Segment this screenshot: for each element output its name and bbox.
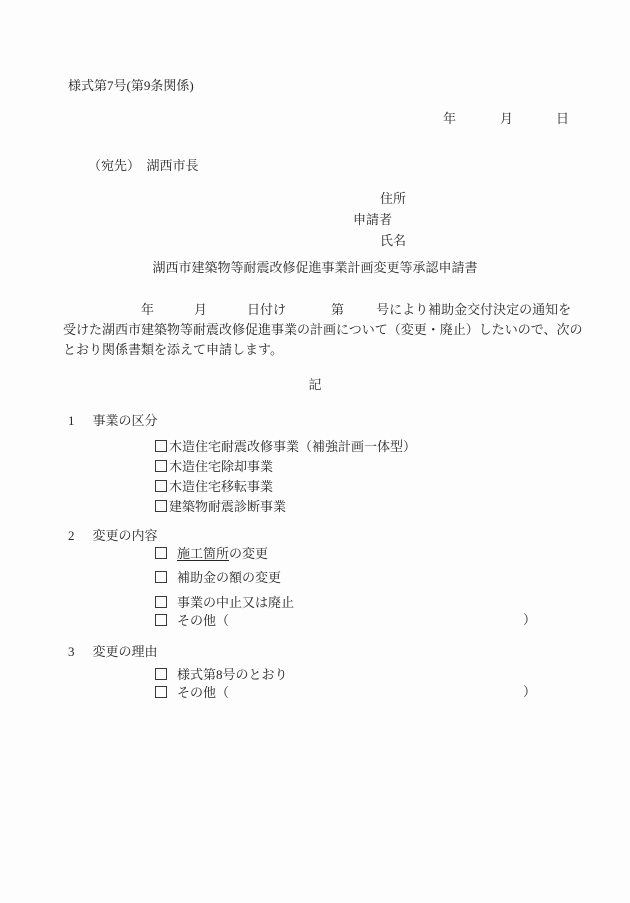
list-item: 木造住宅移転事業: [155, 479, 273, 493]
checkbox-wooden-demolition[interactable]: [155, 460, 167, 472]
list-item: 補助金の額の変更: [155, 570, 281, 584]
section-1-number: 1: [68, 413, 75, 428]
checkbox-construction-site-change[interactable]: [155, 547, 167, 559]
section-2-title: 変更の内容: [93, 528, 158, 543]
record-mark: 記: [0, 378, 630, 391]
date-day-label: 日: [556, 112, 569, 125]
list-item: 木造住宅除却事業: [155, 459, 273, 473]
checkbox-other-reason[interactable]: [155, 686, 167, 698]
checkbox-label: その他（: [177, 613, 229, 628]
checkbox-label: の変更: [229, 546, 268, 561]
section-2-heading: 2変更の内容: [68, 529, 158, 542]
date-year-label: 年: [443, 112, 456, 125]
other-reason-paren-close: ）: [523, 685, 536, 698]
body-date-suffix: 日付け: [247, 303, 286, 316]
checkbox-label: 様式第8号のとおり: [177, 667, 288, 682]
checkbox-label: 木造住宅移転事業: [169, 479, 273, 494]
list-item: その他（: [155, 685, 229, 699]
checkbox-label: 建築物耐震診断事業: [169, 499, 286, 514]
checkbox-label: 木造住宅除却事業: [169, 459, 273, 474]
list-item: 様式第8号のとおり: [155, 667, 288, 681]
section-2-number: 2: [68, 528, 75, 543]
checkbox-building-diagnosis[interactable]: [155, 500, 167, 512]
checkbox-label-underlined: 施工箇所: [177, 546, 229, 561]
section-3-heading: 3変更の理由: [68, 645, 158, 658]
other-content-paren-close: ）: [523, 613, 536, 626]
checkbox-other-content[interactable]: [155, 614, 167, 626]
section-3-title: 変更の理由: [93, 644, 158, 659]
applicant-label: 申請者: [353, 213, 392, 226]
body-line-3: とおり関係書類を添えて申請します。: [63, 343, 283, 356]
body-number-prefix: 第: [331, 303, 344, 316]
list-item: その他（: [155, 613, 229, 627]
checkbox-label: 補助金の額の変更: [177, 570, 281, 585]
section-3-number: 3: [68, 644, 75, 659]
list-item: 事業の中止又は廃止: [155, 595, 294, 609]
body-month-label: 月: [194, 303, 207, 316]
form-number: 様式第7号(第9条関係): [68, 79, 194, 92]
checkbox-wooden-relocation[interactable]: [155, 480, 167, 492]
applicant-address-label: 住所: [380, 192, 406, 205]
body-line-1: 年 月 日付け 第 号により補助金交付決定の通知を: [141, 303, 571, 316]
checkbox-per-form8[interactable]: [155, 668, 167, 680]
checkbox-subsidy-amount-change[interactable]: [155, 571, 167, 583]
addressee: （宛先） 湖西市長: [88, 159, 199, 172]
list-item: 建築物耐震診断事業: [155, 499, 286, 513]
checkbox-wooden-seismic-retrofit[interactable]: [155, 440, 167, 452]
body-line-2: 受けた湖西市建築物等耐震改修促進事業の計画について（変更・廃止）したいので、次の: [63, 323, 582, 336]
section-1-heading: 1事業の区分: [68, 414, 158, 427]
body-line1-rest: 号により補助金交付決定の通知を: [376, 303, 571, 316]
checkbox-label: 木造住宅耐震改修事業（補強計画一体型）: [169, 439, 416, 454]
list-item: 施工箇所の変更: [155, 546, 268, 560]
application-form-page: 様式第7号(第9条関係) 年 月 日 （宛先） 湖西市長 住所 申請者 氏名 湖…: [0, 0, 630, 903]
section-1-title: 事業の区分: [93, 413, 158, 428]
checkbox-label: 事業の中止又は廃止: [177, 595, 294, 610]
date-line: 年 月 日: [443, 112, 569, 125]
date-month-label: 月: [500, 112, 513, 125]
checkbox-label: その他（: [177, 685, 229, 700]
page-title: 湖西市建築物等耐震改修促進事業計画変更等承認申請書: [0, 261, 630, 274]
list-item: 木造住宅耐震改修事業（補強計画一体型）: [155, 439, 416, 453]
applicant-name-label: 氏名: [380, 234, 406, 247]
checkbox-project-suspension[interactable]: [155, 596, 167, 608]
body-year-label: 年: [141, 303, 154, 316]
